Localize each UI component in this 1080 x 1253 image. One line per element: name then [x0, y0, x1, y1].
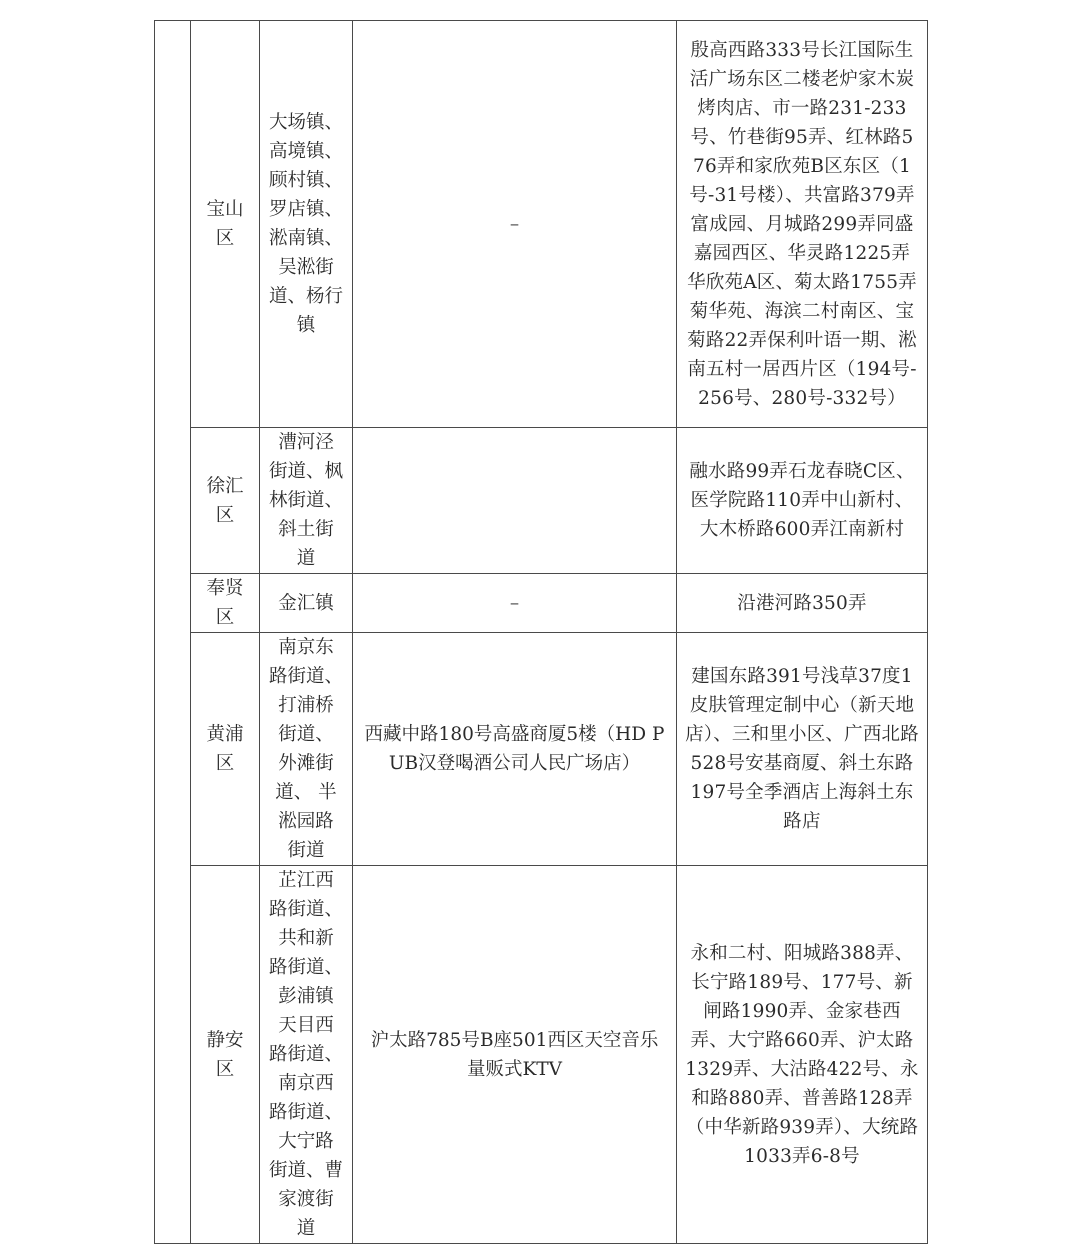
district-cell: 奉贤 区: [191, 574, 260, 633]
address-cell: 殷高西路333号长江国际生活广场东区二楼老炉家木炭烤肉店、市一路231-233号…: [677, 21, 928, 428]
streets-cell: 金汇镇: [260, 574, 353, 633]
table-row-huangpu: 黄浦 区 南京东 路街道、 打浦桥 街道、 外滩街 道、 半 淞园路 街道 西藏…: [155, 633, 928, 866]
streets-cell: 南京东 路街道、 打浦桥 街道、 外滩街 道、 半 淞园路 街道: [260, 633, 353, 866]
streets-cell: 大场镇、 高境镇、 顾村镇、 罗店镇、 淞南镇、 吴淞街 道、杨行 镇: [260, 21, 353, 428]
district-cell: 宝山 区: [191, 21, 260, 428]
streets-cell: 芷江西 路街道、 共和新 路街道、 彭浦镇 天目西 路街道、 南京西 路街道、 …: [260, 866, 353, 1244]
address-cell: 融水路99弄石龙春晓C区、医学院路110弄中山新村、大木桥路600弄江南新村: [677, 428, 928, 574]
table-row-xuhui: 徐汇 区 漕河泾 街道、枫 林街道、 斜土街 道 融水路99弄石龙春晓C区、医学…: [155, 428, 928, 574]
venue-cell: –: [353, 21, 677, 428]
address-cell: 永和二村、阳城路388弄、长宁路189号、177号、新闸路1990弄、金家巷西弄…: [677, 866, 928, 1244]
venue-cell: [353, 428, 677, 574]
table-row-baoshan: 宝山 区 大场镇、 高境镇、 顾村镇、 罗店镇、 淞南镇、 吴淞街 道、杨行 镇…: [155, 21, 928, 428]
table-row-fengxian: 奉贤 区 金汇镇 – 沿港河路350弄: [155, 574, 928, 633]
venue-cell: –: [353, 574, 677, 633]
district-cell: 静安 区: [191, 866, 260, 1244]
address-cell: 沿港河路350弄: [677, 574, 928, 633]
streets-cell: 漕河泾 街道、枫 林街道、 斜土街 道: [260, 428, 353, 574]
address-cell: 建国东路391号浅草37度1皮肤管理定制中心（新天地店）、三和里小区、广西北路5…: [677, 633, 928, 866]
venue-cell: 沪太路785号B座501西区天空音乐量贩式KTV: [353, 866, 677, 1244]
venue-cell: 西藏中路180号高盛商厦5楼（HD PUB汉登喝酒公司人民广场店）: [353, 633, 677, 866]
district-cell: 徐汇 区: [191, 428, 260, 574]
district-cell: 黄浦 区: [191, 633, 260, 866]
district-locations-table: 宝山 区 大场镇、 高境镇、 顾村镇、 罗店镇、 淞南镇、 吴淞街 道、杨行 镇…: [154, 20, 928, 1244]
table-row-jingan: 静安 区 芷江西 路街道、 共和新 路街道、 彭浦镇 天目西 路街道、 南京西 …: [155, 866, 928, 1244]
blank-index-column: [155, 21, 191, 1244]
